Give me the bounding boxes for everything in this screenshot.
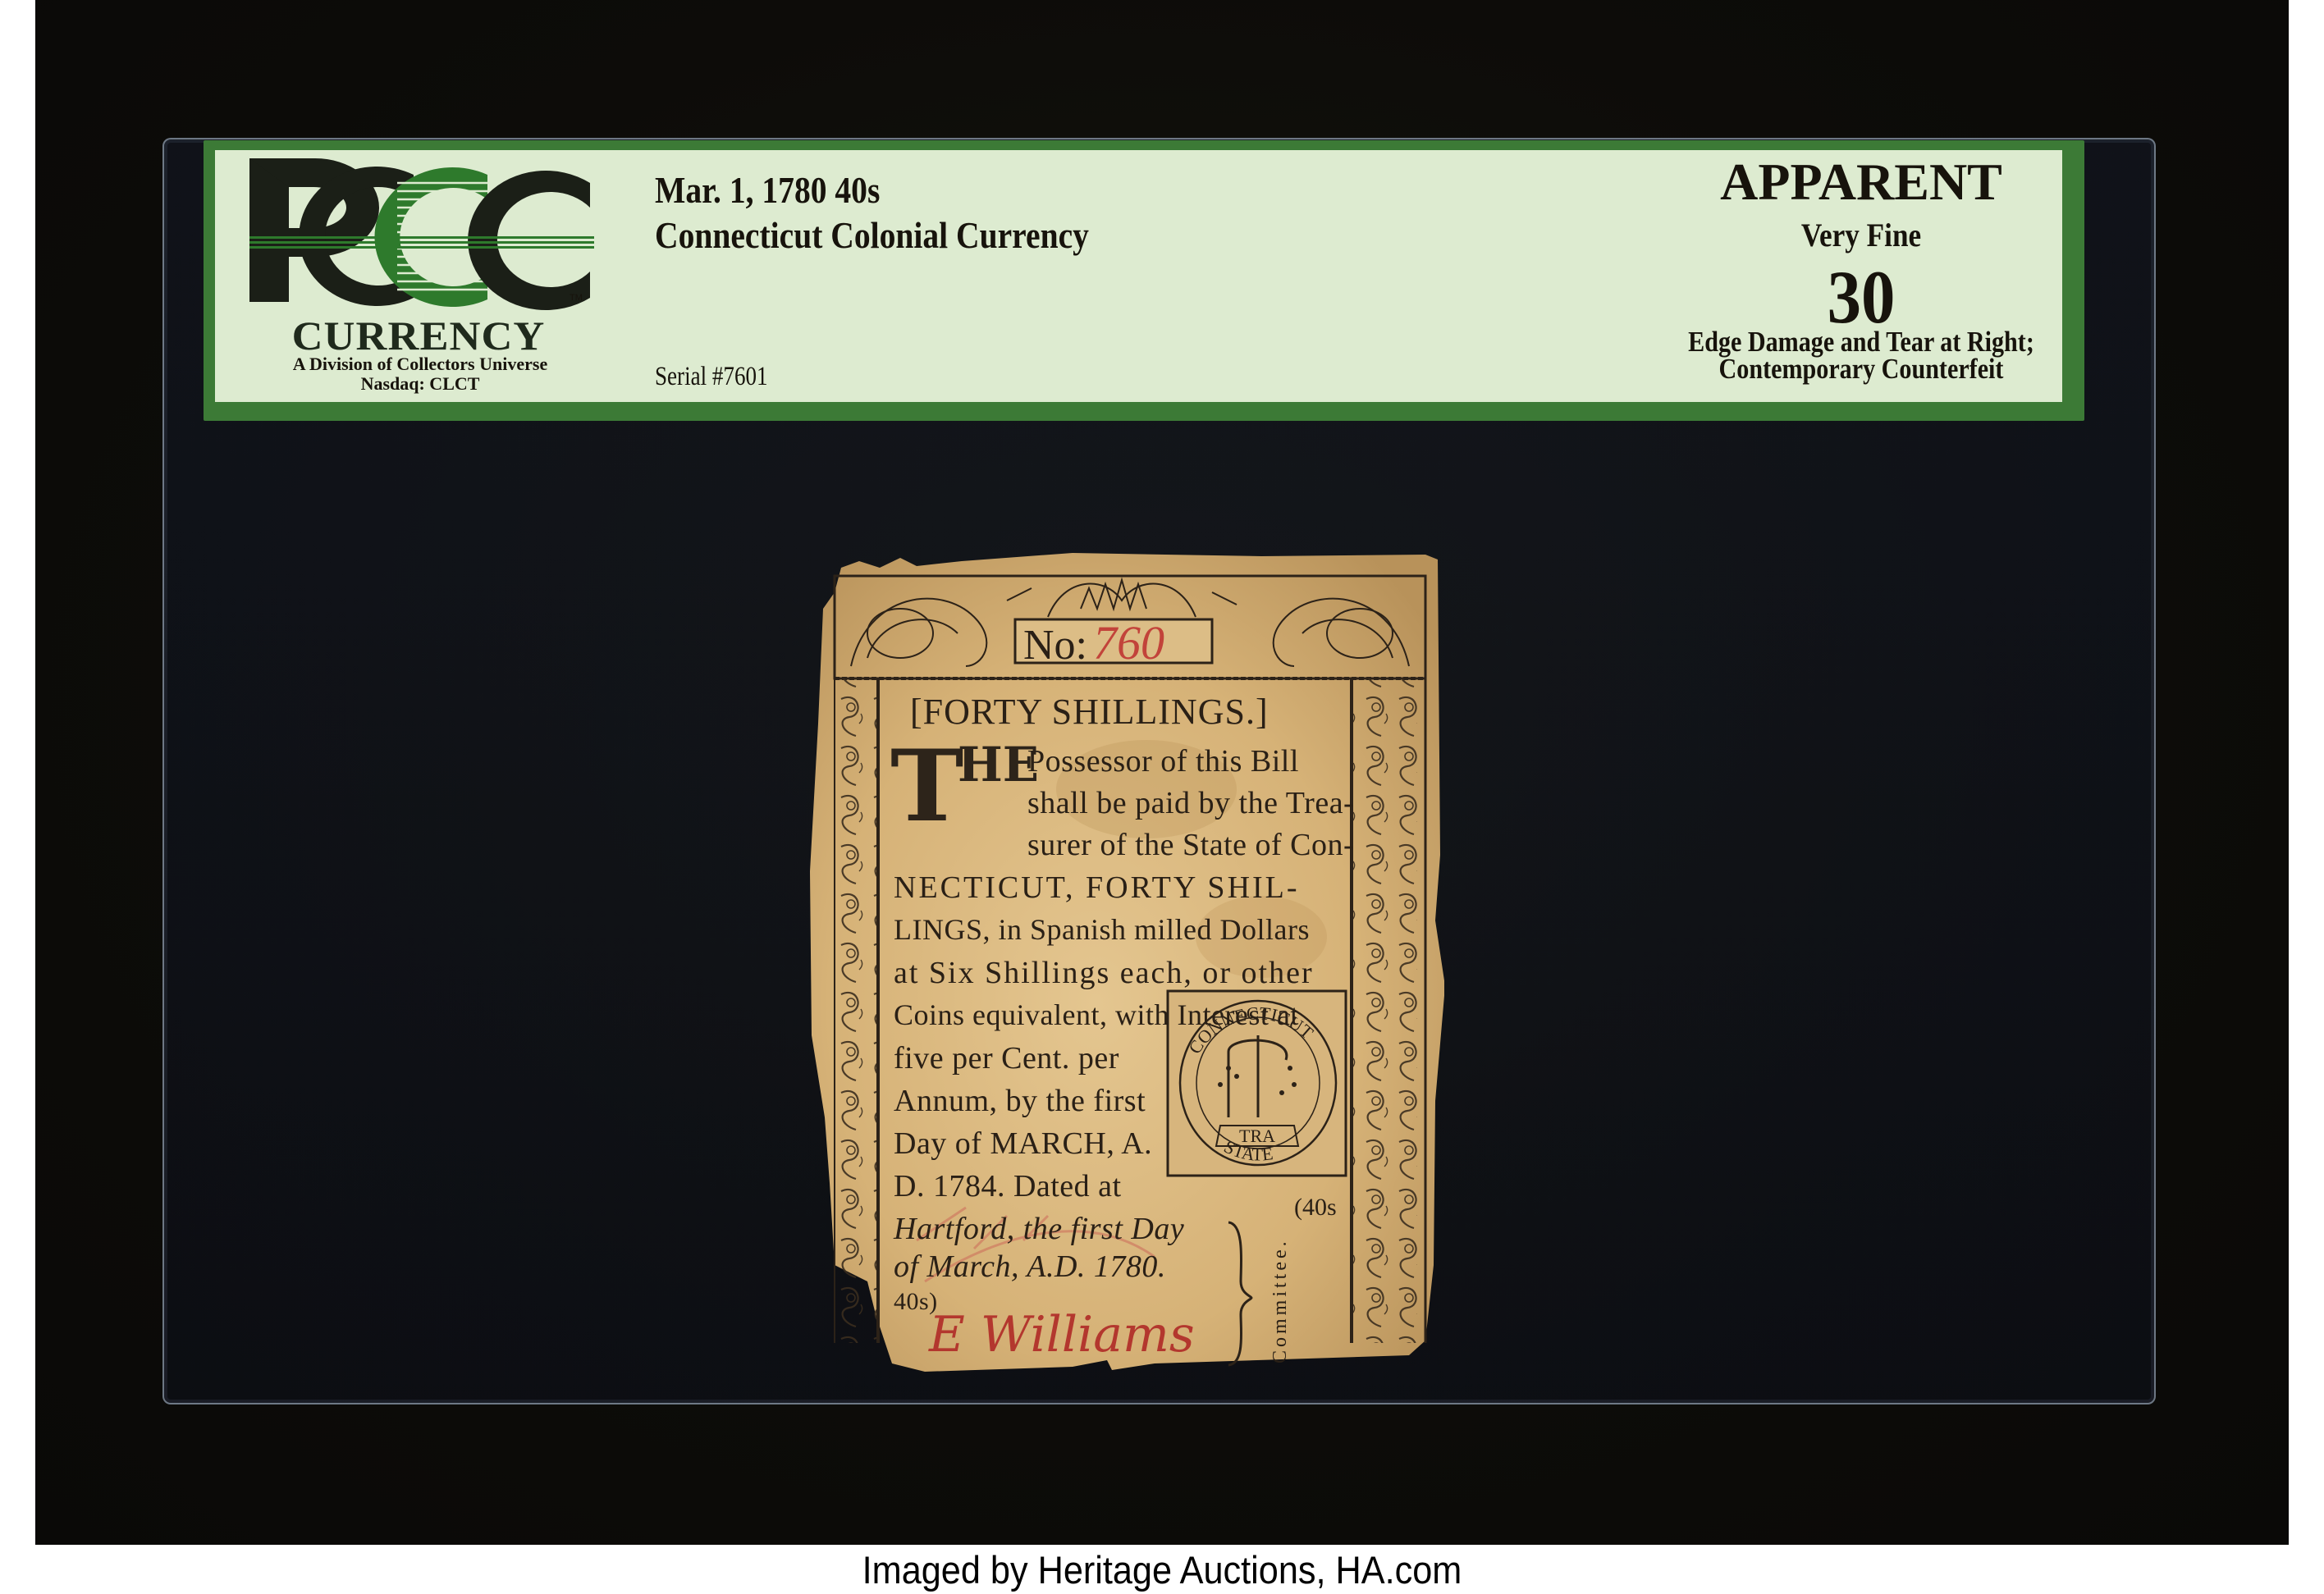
committee-label: Committee.: [1270, 1238, 1292, 1363]
note-text-line: Day of MARCH, A.: [894, 1126, 1152, 1162]
logo-wordmark: CURRENCY: [229, 312, 608, 359]
signature-williams: E Williams: [929, 1306, 1195, 1363]
label-inner-panel: TM CURRENCY A Division of Collectors Uni…: [215, 150, 2062, 402]
pcgs-holder-label: TM CURRENCY A Division of Collectors Uni…: [204, 140, 2084, 421]
note-text-line: five per Cent. per: [894, 1040, 1119, 1076]
handwritten-serial: 760: [1093, 615, 1164, 670]
note-text-line: LINGS, in Spanish milled Dollars: [894, 912, 1310, 947]
note-text-line: Annum, by the first: [894, 1083, 1146, 1119]
note-text-line: D. 1784. Dated at: [894, 1168, 1122, 1204]
note-text-line: shall be paid by the Trea-: [1027, 785, 1354, 821]
note-text-line: Possessor of this Bill: [1027, 743, 1299, 779]
image-credit-caption: Imaged by Heritage Auctions, HA.com: [93, 1546, 2230, 1594]
note-text-line: surer of the State of Con-: [1027, 827, 1354, 863]
serial-number: Serial #7601: [655, 362, 768, 392]
trademark-symbol: TM: [570, 293, 583, 303]
colonial-banknote: No: 760 [FORTY SHILLINGS.] T HE Possesso…: [802, 543, 1444, 1382]
grade-qualifier: APPARENT: [1659, 152, 2063, 212]
denomination-heading: [FORTY SHILLINGS.]: [910, 691, 1269, 733]
grade-comment-line-2: Contemporary Counterfeit: [1687, 353, 2034, 386]
right-denomination: (40s: [1294, 1194, 1337, 1222]
note-text-line: NECTICUT, FORTY SHIL-: [894, 870, 1300, 906]
number-label: No:: [1023, 621, 1087, 669]
logo-division-text: A Division of Collectors Universe: [215, 354, 625, 375]
note-text-line: of March, A.D. 1780.: [894, 1249, 1166, 1285]
logo-ticker-text: Nasdaq: CLCT: [215, 373, 625, 395]
note-text-line: at Six Shillings each, or other: [894, 955, 1314, 991]
note-title: Mar. 1, 1780 40s: [655, 168, 880, 212]
grade-description: Very Fine: [1684, 216, 2039, 254]
drop-cap: T: [890, 728, 963, 844]
note-text-line: Coins equivalent, with Interest at: [894, 998, 1299, 1032]
note-text-line: Hartford, the first Day: [894, 1211, 1184, 1247]
note-issuer: Connecticut Colonial Currency: [655, 213, 1089, 257]
